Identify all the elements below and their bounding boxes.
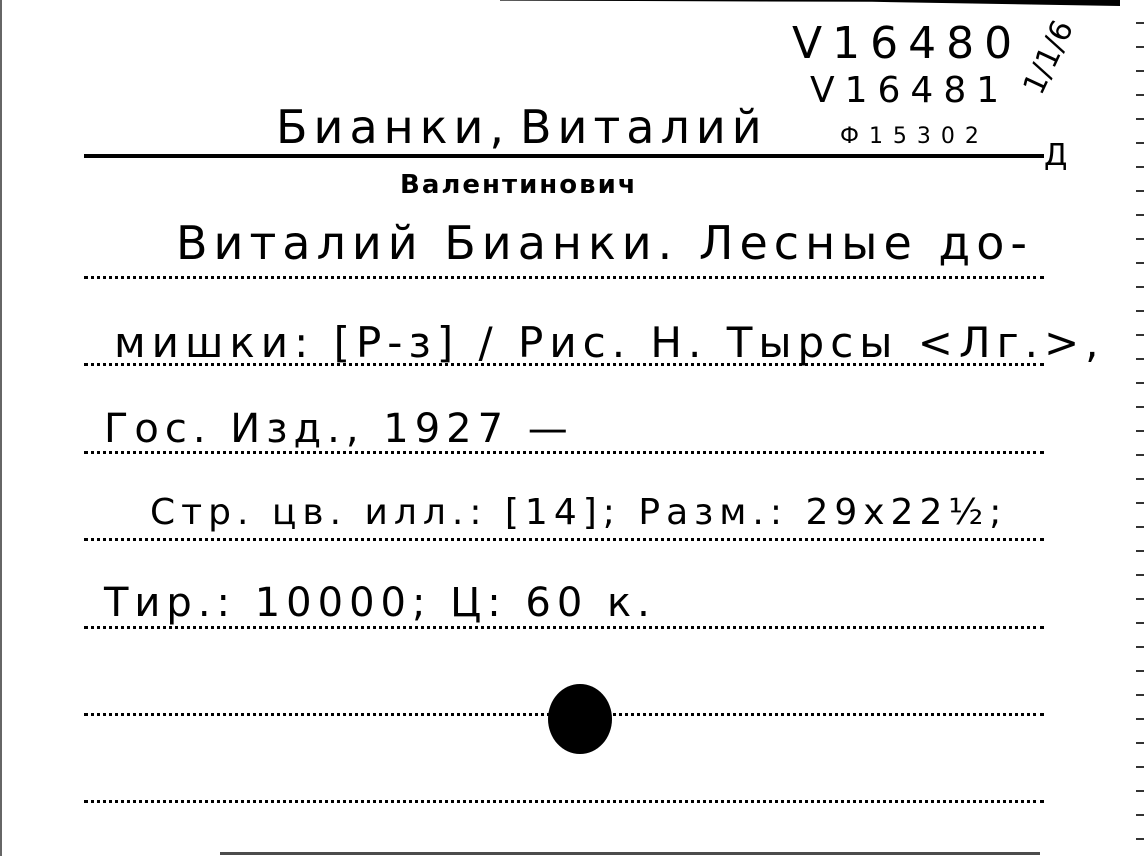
- body-line-4: Стр. цв. илл.: [14]; Разм.: 29x22½;: [150, 492, 1007, 533]
- heading-surname: Бианки,: [276, 100, 510, 154]
- ruled-line-1: [84, 276, 1044, 279]
- shelf-mark-2: V16481: [810, 70, 1009, 111]
- body-line-3: Гос. Изд., 1927 —: [104, 406, 574, 452]
- stamp-mark: 1/1/6: [1017, 15, 1081, 100]
- ruled-line-2: [84, 363, 1044, 366]
- card-top-edge: [500, 0, 1120, 6]
- punch-hole: [548, 684, 612, 754]
- card-right-edge-marks: [1136, 0, 1144, 856]
- card-left-edge: [0, 0, 2, 856]
- heading-rule: [84, 154, 1044, 158]
- body-line-5: Тир.: 10000; Ц: 60 к.: [104, 580, 656, 626]
- ruled-line-5: [84, 626, 1044, 629]
- heading-given-name: Виталий: [520, 100, 768, 154]
- body-line-2: мишки: [Р-з] / Рис. Н. Тырсы <Лг.>,: [114, 318, 1105, 367]
- shelf-suffix: Д: [1044, 138, 1067, 173]
- ruled-line-7: [84, 800, 1044, 803]
- ruled-line-4: [84, 538, 1044, 541]
- catalog-card: V16480 V16481 Ф15302 Д 1/1/6 Бианки, Вит…: [0, 0, 1144, 856]
- shelf-mark-1: V16480: [792, 18, 1022, 69]
- heading-patronymic: Валентинович: [400, 170, 638, 200]
- shelf-mark-3: Ф15302: [840, 124, 989, 149]
- body-line-1: Виталий Бианки. Лесные до-: [176, 216, 1033, 270]
- card-bottom-edge: [220, 852, 1040, 855]
- ruled-line-3: [84, 451, 1044, 454]
